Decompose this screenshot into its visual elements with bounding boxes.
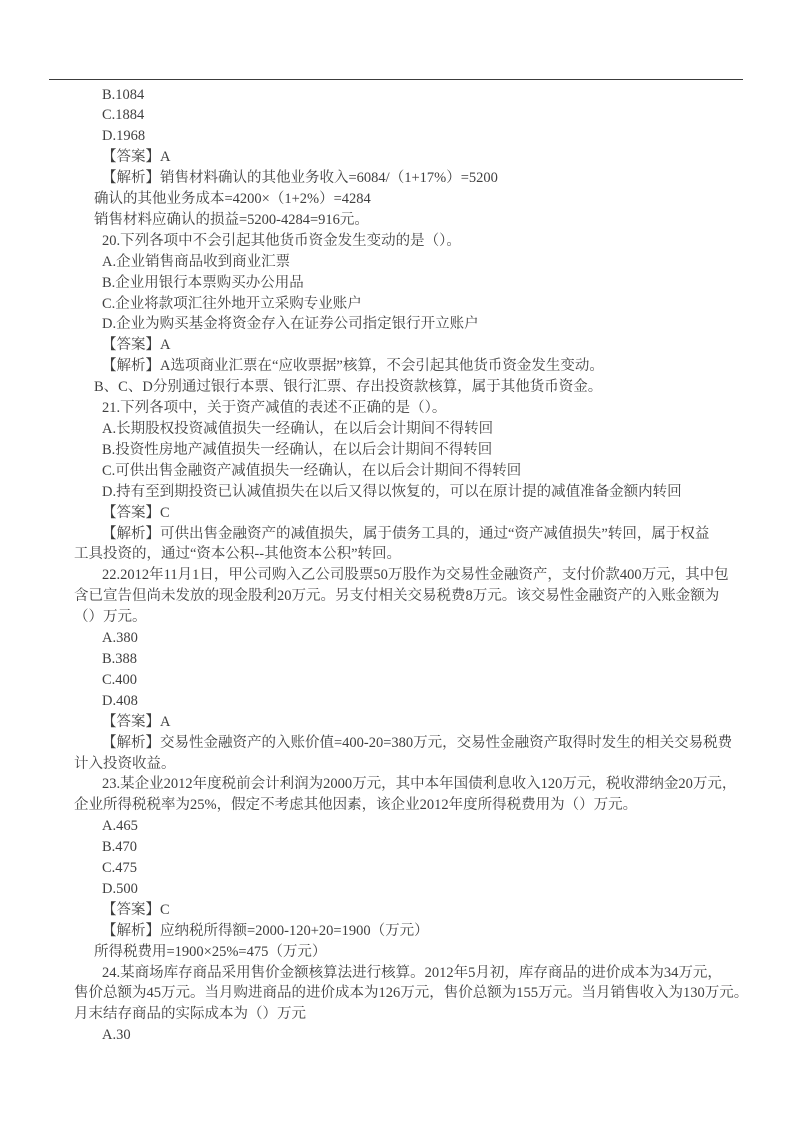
option-line: B.投资性房地产减值损失一经确认，在以后会计期间不得转回: [74, 440, 750, 461]
option-line: C.1884: [74, 105, 750, 126]
text-line: 计入投资收益。: [74, 754, 750, 775]
option-line: B.1084: [74, 85, 750, 106]
text-line: 确认的其他业务成本=4200×（1+2%）=4284: [74, 189, 750, 210]
answer-line: 【答案】C: [74, 503, 750, 524]
option-line: D.企业为购买基金将资金存入在证券公司指定银行开立账户: [74, 314, 750, 335]
option-line: A.企业销售商品收到商业汇票: [74, 252, 750, 273]
text-line: 企业所得税税率为25%，假定不考虑其他因素，该企业2012年度所得税费用为（）万…: [74, 795, 750, 816]
option-line: B.470: [74, 837, 750, 858]
option-line: C.475: [74, 858, 750, 879]
option-line: C.可供出售金融资产减值损失一经确认，在以后会计期间不得转回: [74, 461, 750, 482]
answer-line: 【答案】A: [74, 335, 750, 356]
header-rule: [49, 79, 743, 80]
document-page: B.1084C.1884D.1968【答案】A【解析】销售材料确认的其他业务收入…: [0, 0, 794, 1123]
analysis-line: 【解析】销售材料确认的其他业务收入=6084/（1+17%）=5200: [74, 168, 750, 189]
text-line: 所得税费用=1900×25%=475（万元）: [74, 942, 750, 963]
text-line: 销售材料应确认的损益=5200-4284=916元。: [74, 210, 750, 231]
option-line: C.400: [74, 670, 750, 691]
option-line: A.长期股权投资减值损失一经确认，在以后会计期间不得转回: [74, 419, 750, 440]
question-line: 22.2012年11月1日，甲公司购入乙公司股票50万股作为交易性金融资产，支付…: [74, 565, 750, 586]
text-line: 工具投资的，通过“资本公积--其他资本公积”转回。: [74, 544, 750, 565]
answer-line: 【答案】C: [74, 900, 750, 921]
text-line: 售价总额为45万元。当月购进商品的进价成本为126万元，售价总额为155万元。当…: [74, 983, 750, 1004]
option-line: A.380: [74, 628, 750, 649]
analysis-line: 【解析】应纳税所得额=2000-120+20=1900（万元）: [74, 921, 750, 942]
question-line: 20.下列各项中不会引起其他货币资金发生变动的是（）。: [74, 231, 750, 252]
option-line: D.500: [74, 879, 750, 900]
text-line: （）万元。: [74, 607, 750, 628]
analysis-line: 【解析】A选项商业汇票在“应收票据”核算，不会引起其他货币资金发生变动。: [74, 356, 750, 377]
question-line: 24.某商场库存商品采用售价金额核算法进行核算。2012年5月初，库存商品的进价…: [74, 963, 750, 984]
option-line: D.持有至到期投资已认减值损失在以后又得以恢复的，可以在原计提的减值准备金额内转…: [74, 482, 750, 503]
analysis-line: 【解析】可供出售金融资产的减值损失，属于债务工具的，通过“资产减值损失”转回，属…: [74, 524, 750, 545]
option-line: C.企业将款项汇往外地开立采购专业账户: [74, 294, 750, 315]
question-line: 21.下列各项中，关于资产减值的表述不正确的是（）。: [74, 398, 750, 419]
document-body: B.1084C.1884D.1968【答案】A【解析】销售材料确认的其他业务收入…: [74, 85, 750, 1047]
text-line: 月末结存商品的实际成本为（）万元: [74, 1004, 750, 1025]
option-line: D.1968: [74, 126, 750, 147]
option-line: D.408: [74, 691, 750, 712]
text-line: B、C、D分别通过银行本票、银行汇票、存出投资款核算，属于其他货币资金。: [74, 377, 750, 398]
analysis-line: 【解析】交易性金融资产的入账价值=400-20=380万元，交易性金融资产取得时…: [74, 733, 750, 754]
question-line: 23.某企业2012年度税前会计利润为2000万元，其中本年国债利息收入120万…: [74, 774, 750, 795]
option-line: B.388: [74, 649, 750, 670]
option-line: A.465: [74, 816, 750, 837]
option-line: A.30: [74, 1025, 750, 1046]
text-line: 含已宣告但尚未发放的现金股利20万元。另支付相关交易税费8万元。该交易性金融资产…: [74, 586, 750, 607]
option-line: B.企业用银行本票购买办公用品: [74, 273, 750, 294]
answer-line: 【答案】A: [74, 712, 750, 733]
answer-line: 【答案】A: [74, 147, 750, 168]
